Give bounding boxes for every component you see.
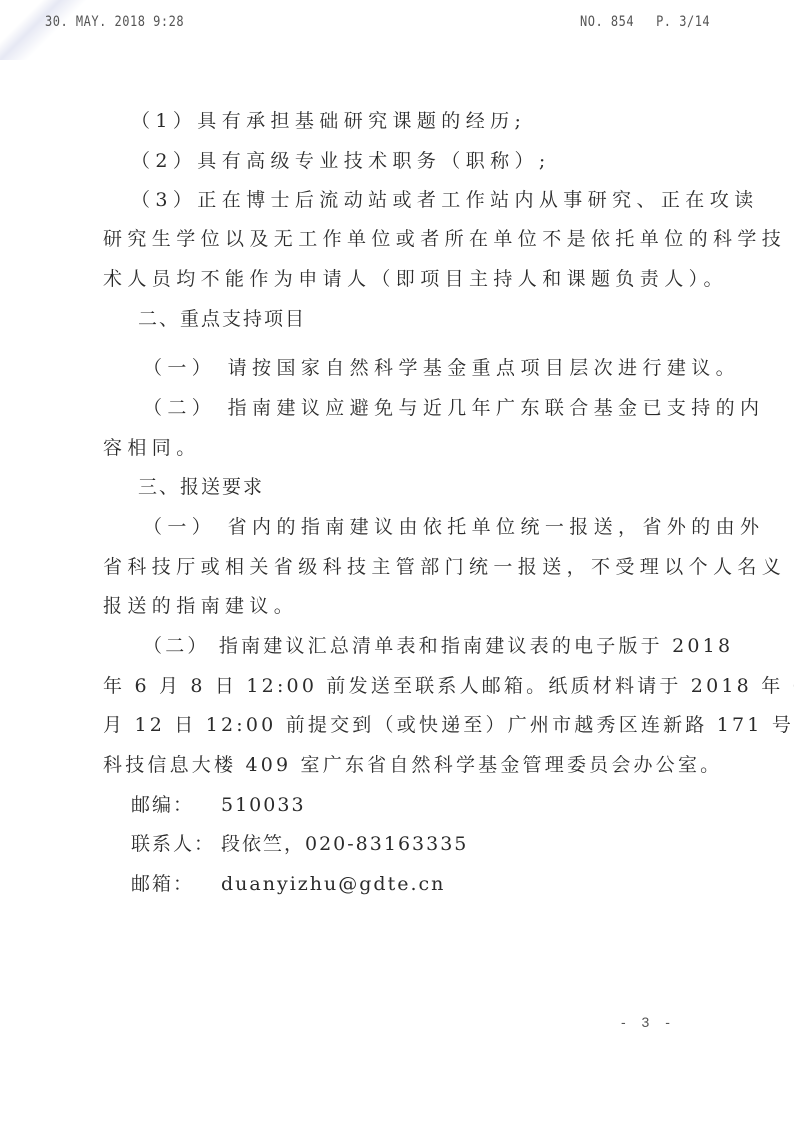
section3-paragraph-1-line-3: 报送的指南建议。 <box>103 592 677 620</box>
contact-person-label: 联系人： <box>131 830 221 858</box>
section3-paragraph-1-line-2: 省科技厅或相关省级科技主管部门统一报送，不受理以个人名义 <box>103 553 677 581</box>
fax-number: NO. 854 <box>580 13 634 30</box>
requirement-item-3-line-3: 术人员均不能作为申请人（即项目主持人和课题负责人）。 <box>103 265 677 293</box>
fax-page: P. 3/14 <box>656 13 710 30</box>
requirement-item-2: （2）具有高级专业技术职务（职称）; <box>131 147 705 175</box>
section2-paragraph-2-line-1: （二） 指南建议应避免与近几年广东联合基金已支持的内 <box>143 394 717 422</box>
postcode-label: 邮编： <box>131 791 221 819</box>
contact-person-row: 联系人：段依竺，020-83163335 <box>131 830 705 858</box>
section3-paragraph-1-line-1: （一） 省内的指南建议由依托单位统一报送，省外的由外 <box>143 513 717 541</box>
section3-paragraph-2-line-1: （二） 指南建议汇总清单表和指南建议表的电子版于 2018 <box>143 632 717 660</box>
section3-paragraph-2-line-2: 年 6 月 8 日 12:00 前发送至联系人邮箱。纸质材料请于 2018 年 … <box>103 672 677 700</box>
section3-paragraph-2-line-3: 月 12 日 12:00 前提交到（或快递至）广州市越秀区连新路 171 号 <box>103 711 677 739</box>
email-value: duanyizhu@gdte.cn <box>221 873 445 895</box>
section2-paragraph-1: （一） 请按国家自然科学基金重点项目层次进行建议。 <box>143 354 717 382</box>
page-number: - 3 - <box>621 1014 676 1030</box>
requirement-item-3-line-1: （3）正在博士后流动站或者工作站内从事研究、正在攻读 <box>131 186 705 214</box>
scan-corner-shading <box>0 0 90 60</box>
contact-person-value: 段依竺，020-83163335 <box>221 833 468 855</box>
requirement-item-3-line-2: 研究生学位以及无工作单位或者所在单位不是依托单位的科学技 <box>103 225 677 253</box>
requirement-item-1: （1）具有承担基础研究课题的经历; <box>131 107 705 135</box>
postcode-value: 510033 <box>221 794 306 816</box>
fax-header-right: NO. 854P. 3/14 <box>580 13 732 30</box>
section-heading-submission: 三、报送要求 <box>138 473 712 501</box>
contact-postcode-row: 邮编：510033 <box>131 791 705 819</box>
fax-datetime: 30. MAY. 2018 9:28 <box>45 13 184 30</box>
section2-paragraph-2-line-2: 容相同。 <box>103 434 677 462</box>
section-heading-key-projects: 二、重点支持项目 <box>138 305 712 333</box>
section3-paragraph-2-line-4: 科技信息大楼 409 室广东省自然科学基金管理委员会办公室。 <box>103 751 677 779</box>
email-label: 邮箱： <box>131 870 221 898</box>
contact-email-row: 邮箱：duanyizhu@gdte.cn <box>131 870 705 898</box>
